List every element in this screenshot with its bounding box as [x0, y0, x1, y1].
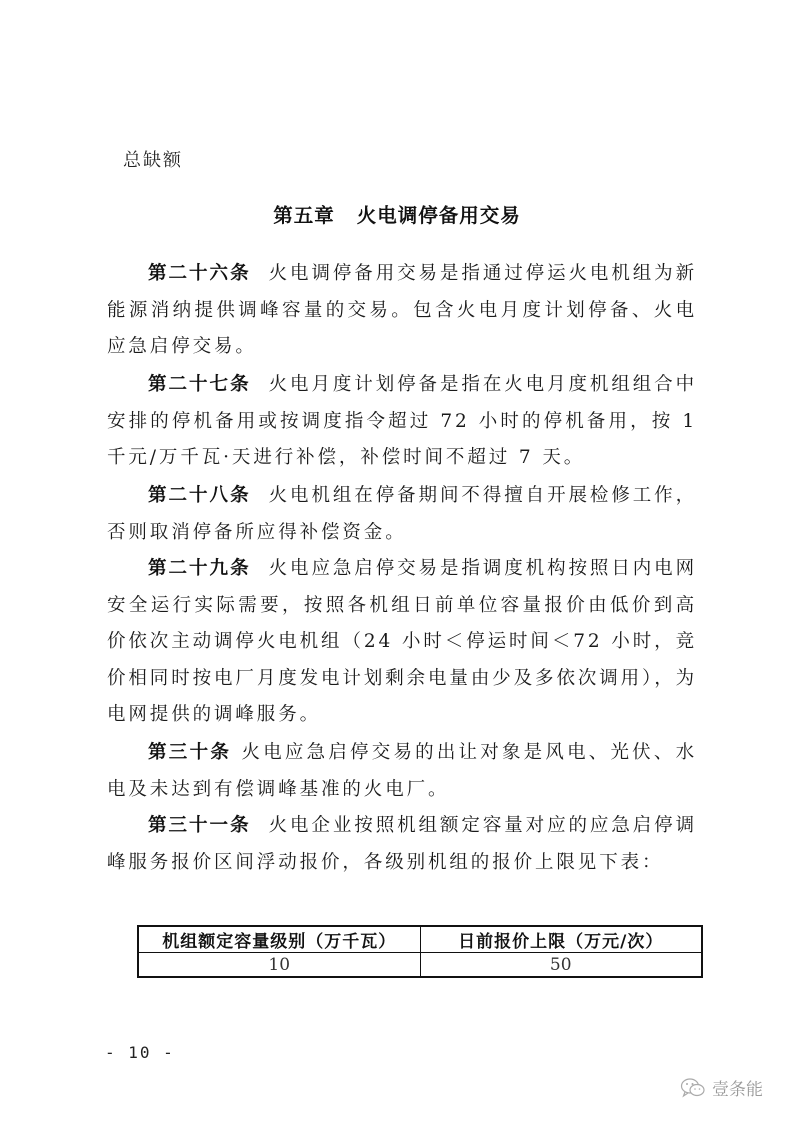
watermark-label: 壹条能: [712, 1075, 763, 1100]
article-28: 第二十八条火电机组在停备期间不得擅自开展检修工作，否则取消停备所应得补偿资金。: [107, 478, 697, 551]
header-price-cap: 日前报价上限（万元/次）: [420, 926, 702, 953]
article-number: 第三十一条: [148, 815, 251, 836]
document-page: 总缺额 第五章火电调停备用交易 第二十六条火电调停备用交易是指通过停运火电机组为…: [0, 0, 794, 1123]
watermark: 壹条能: [680, 1075, 763, 1100]
page-number: - 10 -: [105, 1043, 175, 1062]
chapter-number: 第五章: [273, 204, 335, 227]
wechat-icon: [680, 1077, 706, 1099]
price-cap-table: 机组额定容量级别（万千瓦） 日前报价上限（万元/次） 10 50: [137, 925, 703, 978]
chapter-title: 第五章火电调停备用交易: [0, 200, 794, 228]
article-number: 第三十条: [148, 742, 231, 763]
cell-capacity: 10: [138, 953, 420, 978]
article-31: 第三十一条火电企业按照机组额定容量对应的应急启停调峰服务报价区间浮动报价，各级别…: [107, 808, 697, 881]
article-number: 第二十八条: [148, 485, 251, 506]
article-text: 火电应急启停交易是指调度机构按照日内电网安全运行实际需要，按照各机组日前单位容量…: [107, 558, 697, 725]
cell-price: 50: [420, 953, 702, 978]
table-row: 10 50: [138, 953, 702, 978]
article-26: 第二十六条火电调停备用交易是指通过停运火电机组为新能源消纳提供调峰容量的交易。包…: [107, 256, 697, 366]
table-header-row: 机组额定容量级别（万千瓦） 日前报价上限（万元/次）: [138, 926, 702, 953]
chapter-name: 火电调停备用交易: [357, 204, 521, 227]
article-30: 第三十条火电应急启停交易的出让对象是风电、光伏、水电及未达到有偿调峰基准的火电厂…: [107, 735, 697, 808]
article-number: 第二十九条: [148, 558, 251, 579]
article-number: 第二十六条: [148, 263, 251, 284]
article-29: 第二十九条火电应急启停交易是指调度机构按照日内电网安全运行实际需要，按照各机组日…: [107, 551, 697, 734]
header-capacity-level: 机组额定容量级别（万千瓦）: [138, 926, 420, 953]
residual-text: 总缺额: [123, 146, 183, 172]
article-number: 第二十七条: [148, 374, 251, 395]
article-27: 第二十七条火电月度计划停备是指在火电月度机组组合中安排的停机备用或按调度指令超过…: [107, 367, 697, 477]
